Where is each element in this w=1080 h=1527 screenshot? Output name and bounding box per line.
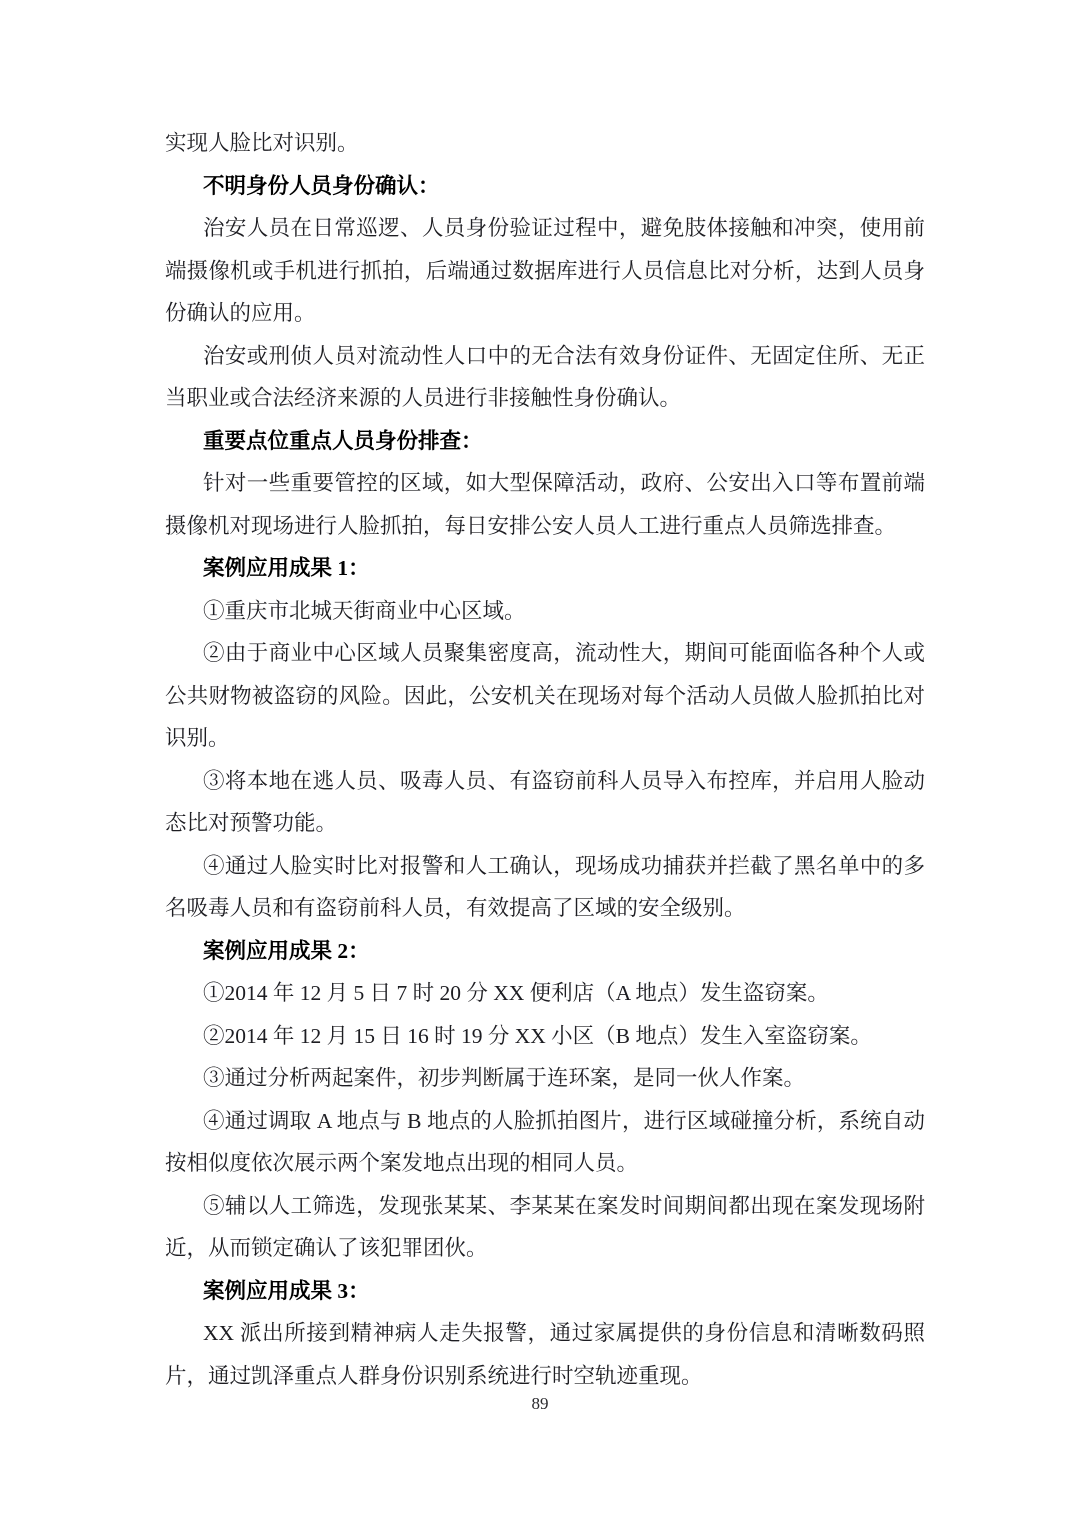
paragraph: 治安或刑侦人员对流动性人口中的无合法有效身份证件、无固定住所、无正当职业或合法经… [165, 335, 925, 420]
page-footer: 89 [0, 1392, 1080, 1416]
paragraph-continuation: 实现人脸比对识别。 [165, 122, 925, 165]
paragraph-case1-item-4: ④通过人脸实时比对报警和人工确认，现场成功捕获并拦截了黑名单中的多名吸毒人员和有… [165, 845, 925, 930]
document-page: 实现人脸比对识别。 不明身份人员身份确认： 治安人员在日常巡逻、人员身份验证过程… [0, 0, 1080, 1527]
paragraph-case1-item-1: ①重庆市北城天街商业中心区域。 [165, 590, 925, 633]
document-text-block: 实现人脸比对识别。 不明身份人员身份确认： 治安人员在日常巡逻、人员身份验证过程… [165, 122, 925, 1397]
paragraph-case2-item-1: ①2014 年 12 月 5 日 7 时 20 分 XX 便利店（A 地点）发生… [165, 972, 925, 1015]
page-number: 89 [532, 1394, 549, 1413]
paragraph: 治安人员在日常巡逻、人员身份验证过程中，避免肢体接触和冲突，使用前端摄像机或手机… [165, 207, 925, 335]
section-heading-case-result-1: 案例应用成果 1： [165, 547, 925, 590]
paragraph-case3-body: XX 派出所接到精神病人走失报警，通过家属提供的身份信息和清晰数码照片，通过凯泽… [165, 1312, 925, 1397]
paragraph-case2-item-2: ②2014 年 12 月 15 日 16 时 19 分 XX 小区（B 地点）发… [165, 1015, 925, 1058]
paragraph-case2-item-5: ⑤辅以人工筛选，发现张某某、李某某在案发时间期间都出现在案发现场附近，从而锁定确… [165, 1185, 925, 1270]
paragraph-case2-item-3: ③通过分析两起案件，初步判断属于连环案，是同一伙人作案。 [165, 1057, 925, 1100]
section-heading-case-result-3: 案例应用成果 3： [165, 1270, 925, 1313]
paragraph: 针对一些重要管控的区域，如大型保障活动，政府、公安出入口等布置前端摄像机对现场进… [165, 462, 925, 547]
paragraph-case2-item-4: ④通过调取 A 地点与 B 地点的人脸抓拍图片，进行区域碰撞分析，系统自动按相似… [165, 1100, 925, 1185]
paragraph-case1-item-3: ③将本地在逃人员、吸毒人员、有盗窃前科人员导入布控库，并启用人脸动态比对预警功能… [165, 760, 925, 845]
section-heading-case-result-2: 案例应用成果 2： [165, 930, 925, 973]
section-heading-identity-confirmation: 不明身份人员身份确认： [165, 165, 925, 208]
paragraph-case1-item-2: ②由于商业中心区域人员聚集密度高，流动性大，期间可能面临各种个人或公共财物被盗窃… [165, 632, 925, 760]
section-heading-key-person-screening: 重要点位重点人员身份排查： [165, 420, 925, 463]
